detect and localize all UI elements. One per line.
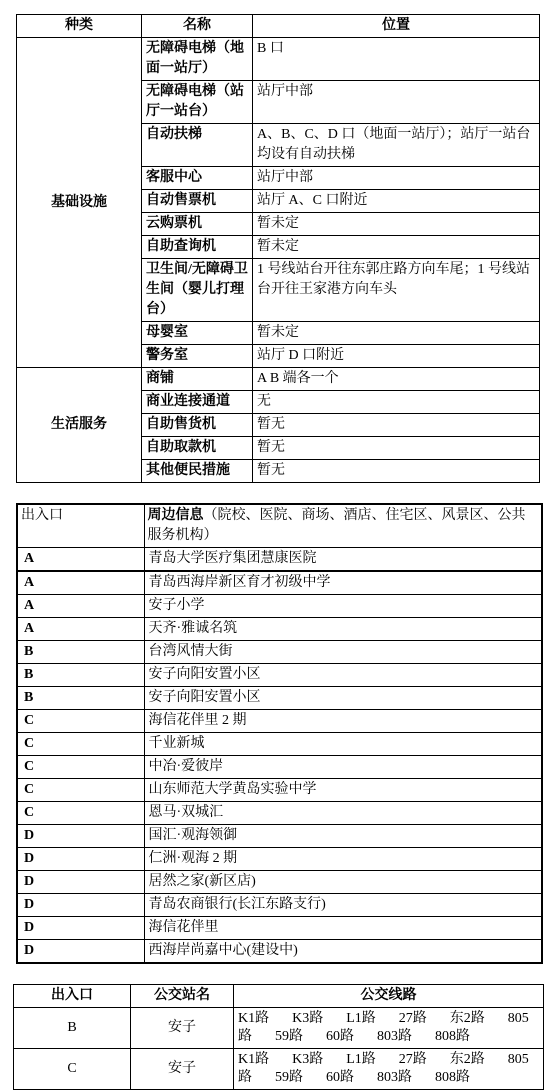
bus-row: C安子K1路 K3路 L1路 27路 东2路 805路 59路 60路 803路…	[14, 1049, 544, 1090]
facility-name-cell: 自助查询机	[142, 236, 253, 259]
exit-info-cell: 海信花伴里	[144, 917, 542, 940]
facility-location-cell: A、B、C、D 口（地面一站厅）；站厅一站台均设有自动扶梯	[253, 124, 540, 167]
facility-name-cell: 母婴室	[142, 322, 253, 345]
exit-row: A安子小学	[17, 595, 542, 618]
exits-table: 出入口 周边信息（院校、医院、商场、酒店、住宅区、风景区、公共服务机构） A青岛…	[16, 503, 543, 964]
exit-row: B安子向阳安置小区	[17, 664, 542, 687]
facility-category-cell: 生活服务	[17, 368, 142, 483]
facility-location-cell: A B 端各一个	[253, 368, 540, 391]
exit-row: D青岛农商银行(长江东路支行)	[17, 894, 542, 917]
bus-station-cell: 安子	[131, 1049, 234, 1090]
exit-row: A天齐·雅诚名筑	[17, 618, 542, 641]
facility-location-cell: 暂无	[253, 414, 540, 437]
exit-info-cell: 天齐·雅诚名筑	[144, 618, 542, 641]
exit-letter-cell: C	[17, 802, 144, 825]
facility-name-cell: 商业连接通道	[142, 391, 253, 414]
facility-name-cell: 自助售货机	[142, 414, 253, 437]
exit-info-cell: 安子小学	[144, 595, 542, 618]
exit-info-cell: 山东师范大学黄岛实验中学	[144, 779, 542, 802]
exit-letter-cell: D	[17, 871, 144, 894]
exit-letter-cell: B	[17, 687, 144, 710]
bus-exit-cell: C	[14, 1049, 131, 1090]
exit-row: C海信花伴里 2 期	[17, 710, 542, 733]
exit-row: D居然之家(新区店)	[17, 871, 542, 894]
facility-name-cell: 无障碍电梯（站厅一站台）	[142, 81, 253, 124]
facility-location-cell: 站厅中部	[253, 167, 540, 190]
exit-row: D仁洲·观海 2 期	[17, 848, 542, 871]
exit-letter-cell: D	[17, 940, 144, 964]
bus-exit-cell: B	[14, 1008, 131, 1049]
facility-name-cell: 其他便民措施	[142, 460, 253, 483]
bus-header-row: 出入口 公交站名 公交线路	[14, 985, 544, 1008]
facility-location-cell: 站厅 D 口附近	[253, 345, 540, 368]
exit-row: D国汇·观海领御	[17, 825, 542, 848]
exit-letter-cell: D	[17, 894, 144, 917]
bus-header-station: 公交站名	[131, 985, 234, 1008]
exit-info-cell: 台湾风情大街	[144, 641, 542, 664]
exit-info-cell: 安子向阳安置小区	[144, 687, 542, 710]
exit-info-cell: 海信花伴里 2 期	[144, 710, 542, 733]
facility-name-cell: 自动扶梯	[142, 124, 253, 167]
exit-info-cell: 安子向阳安置小区	[144, 664, 542, 687]
facility-name-cell: 自动售票机	[142, 190, 253, 213]
facility-name-cell: 无障碍电梯（地面一站厅）	[142, 38, 253, 81]
facility-location-cell: 暂未定	[253, 213, 540, 236]
exit-row: B台湾风情大街	[17, 641, 542, 664]
exit-row: C中冶·爱彼岸	[17, 756, 542, 779]
exit-info-cell: 中冶·爱彼岸	[144, 756, 542, 779]
exit-letter-cell: C	[17, 733, 144, 756]
exits-header-exit: 出入口	[17, 504, 144, 548]
exit-letter-cell: C	[17, 779, 144, 802]
exit-letter-cell: C	[17, 756, 144, 779]
facility-name-cell: 卫生间/无障碍卫生间（婴儿打理台）	[142, 259, 253, 322]
exit-info-cell: 西海岸尚嘉中心(建设中)	[144, 940, 542, 964]
bus-lines-cell: K1路 K3路 L1路 27路 东2路 805路 59路 60路 803路 80…	[234, 1008, 544, 1049]
exit-letter-cell: B	[17, 641, 144, 664]
bus-table: 出入口 公交站名 公交线路 B安子K1路 K3路 L1路 27路 东2路 805…	[13, 984, 544, 1090]
exit-letter-cell: D	[17, 917, 144, 940]
facility-location-cell: 站厅中部	[253, 81, 540, 124]
exit-row: A青岛大学医疗集团慧康医院	[17, 548, 542, 572]
exit-info-cell: 仁洲·观海 2 期	[144, 848, 542, 871]
station-info-document: 种类 名称 位置 基础设施无障碍电梯（地面一站厅）B 口无障碍电梯（站厅一站台）…	[0, 14, 556, 1090]
exits-header-row: 出入口 周边信息（院校、医院、商场、酒店、住宅区、风景区、公共服务机构）	[17, 504, 542, 548]
exit-letter-cell: A	[17, 548, 144, 572]
exits-header-info: 周边信息（院校、医院、商场、酒店、住宅区、风景区、公共服务机构）	[144, 504, 542, 548]
facility-location-cell: 暂未定	[253, 322, 540, 345]
exit-info-cell: 居然之家(新区店)	[144, 871, 542, 894]
exit-info-cell: 国汇·观海领御	[144, 825, 542, 848]
facility-location-cell: B 口	[253, 38, 540, 81]
facilities-table: 种类 名称 位置 基础设施无障碍电梯（地面一站厅）B 口无障碍电梯（站厅一站台）…	[16, 14, 540, 483]
facilities-row: 基础设施无障碍电梯（地面一站厅）B 口	[17, 38, 540, 81]
exit-letter-cell: B	[17, 664, 144, 687]
exits-header-info-note: （院校、医院、商场、酒店、住宅区、风景区、公共服务机构）	[148, 508, 526, 543]
facility-name-cell: 客服中心	[142, 167, 253, 190]
facility-name-cell: 商铺	[142, 368, 253, 391]
exit-info-cell: 恩马·双城汇	[144, 802, 542, 825]
bus-header-lines: 公交线路	[234, 985, 544, 1008]
facility-category-cell: 基础设施	[17, 38, 142, 368]
exit-row: C山东师范大学黄岛实验中学	[17, 779, 542, 802]
exit-row: D西海岸尚嘉中心(建设中)	[17, 940, 542, 964]
facility-location-cell: 暂无	[253, 437, 540, 460]
bus-station-cell: 安子	[131, 1008, 234, 1049]
facility-name-cell: 自助取款机	[142, 437, 253, 460]
exit-letter-cell: A	[17, 571, 144, 595]
exit-row: D海信花伴里	[17, 917, 542, 940]
facility-name-cell: 云购票机	[142, 213, 253, 236]
facility-location-cell: 暂无	[253, 460, 540, 483]
facility-location-cell: 站厅 A、C 口附近	[253, 190, 540, 213]
exit-letter-cell: D	[17, 825, 144, 848]
exit-letter-cell: D	[17, 848, 144, 871]
facilities-row: 生活服务商铺A B 端各一个	[17, 368, 540, 391]
exit-row: C恩马·双城汇	[17, 802, 542, 825]
facility-location-cell: 无	[253, 391, 540, 414]
facilities-header-row: 种类 名称 位置	[17, 15, 540, 38]
bus-row: B安子K1路 K3路 L1路 27路 东2路 805路 59路 60路 803路…	[14, 1008, 544, 1049]
bus-lines-cell: K1路 K3路 L1路 27路 东2路 805路 59路 60路 803路 80…	[234, 1049, 544, 1090]
exit-info-cell: 青岛农商银行(长江东路支行)	[144, 894, 542, 917]
exit-letter-cell: A	[17, 618, 144, 641]
exit-row: A青岛西海岸新区育才初级中学	[17, 571, 542, 595]
exit-info-cell: 青岛西海岸新区育才初级中学	[144, 571, 542, 595]
facility-location-cell: 1 号线站台开往东郭庄路方向车尾；1 号线站台开往王家港方向车头	[253, 259, 540, 322]
exit-letter-cell: C	[17, 710, 144, 733]
exit-row: C千业新城	[17, 733, 542, 756]
exit-info-cell: 千业新城	[144, 733, 542, 756]
exit-info-cell: 青岛大学医疗集团慧康医院	[144, 548, 542, 572]
facilities-header-name: 名称	[142, 15, 253, 38]
facilities-header-location: 位置	[253, 15, 540, 38]
facility-name-cell: 警务室	[142, 345, 253, 368]
bus-header-exit: 出入口	[14, 985, 131, 1008]
exit-row: B安子向阳安置小区	[17, 687, 542, 710]
exit-letter-cell: A	[17, 595, 144, 618]
exits-header-info-title: 周边信息	[148, 508, 204, 523]
facilities-header-category: 种类	[17, 15, 142, 38]
facility-location-cell: 暂未定	[253, 236, 540, 259]
